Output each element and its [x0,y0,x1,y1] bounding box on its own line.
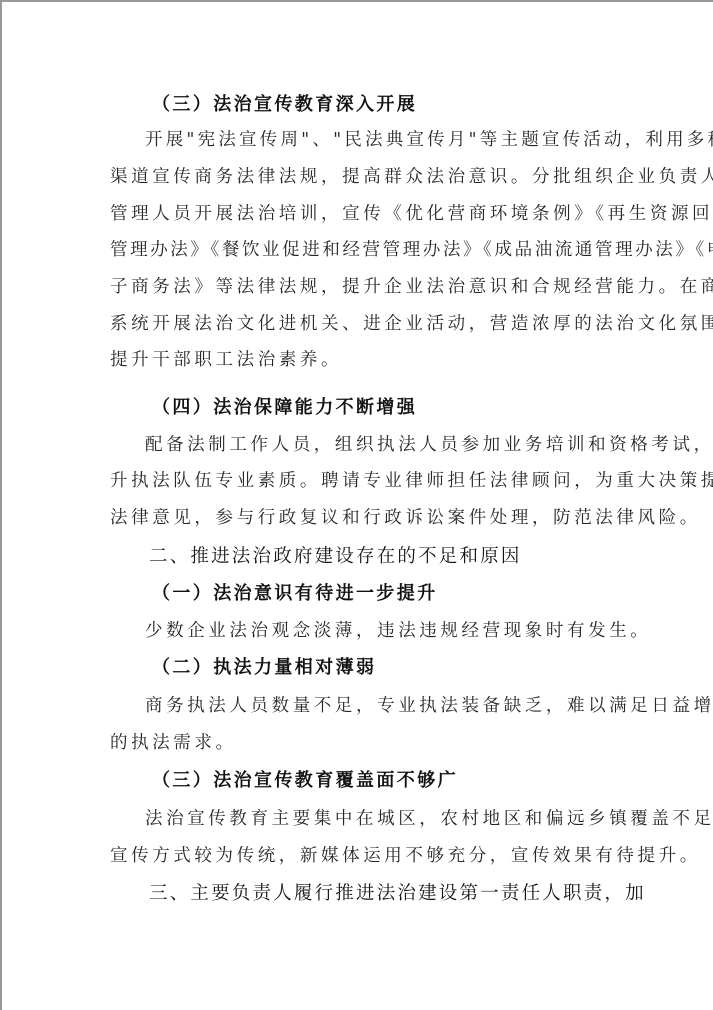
sub-heading-publicity-coverage: （三）法治宣传教育覆盖面不够广 [152,769,458,793]
sub-heading-legal-awareness: （一）法治意识有待进一步提升 [152,582,438,606]
paragraph-line: 管理办法》《餐饮业促进和经营管理办法》《成品油流通管理办法》《电 [110,238,713,262]
paragraph-line: 宣传方式较为传统，新媒体运用不够充分，宣传效果有待提升。 [110,844,701,868]
section-heading-shortcomings: 二、推进法治政府建设存在的不足和原因 [149,545,522,569]
paragraph-line: 升执法队伍专业素质。聘请专业律师担任法律顾问，为重大决策提供 [110,469,713,493]
paragraph-line: 法律意见，参与行政复议和行政诉讼案件处理，防范法律风险。 [110,506,701,530]
section-heading-responsibility: 三、主要负责人履行推进法治建设第一责任人职责，加 [149,882,646,906]
sub-heading-publicity-education: （三）法治宣传教育深入开展 [152,93,417,117]
paragraph-line: 商务执法人员数量不足，专业执法装备缺乏，难以满足日益增长 [145,694,713,718]
sub-heading-enforcement-capacity: （二）执法力量相对薄弱 [152,656,376,680]
paragraph-line: 少数企业法治观念淡薄，违法违规经营现象时有发生。 [145,619,651,643]
paragraph-line: 管理人员开展法治培训，宣传《优化营商环境条例》《再生资源回收 [110,202,713,226]
paragraph-line: 的执法需求。 [110,731,237,755]
paragraph-line: 子商务法》等法律法规，提升企业法治意识和合规经营能力。在商务 [110,275,713,299]
paragraph-line: 法治宣传教育主要集中在城区，农村地区和偏远乡镇覆盖不足。 [145,807,713,831]
document-page: （三）法治宣传教育深入开展 开展"宪法宣传周"、"民法典宣传月"等主题宣传活动，… [2,2,713,1010]
paragraph-line: 开展"宪法宣传周"、"民法典宣传月"等主题宣传活动，利用多种 [145,128,713,152]
paragraph-line: 配备法制工作人员，组织执法人员参加业务培训和资格考试，提 [145,433,713,457]
paragraph-line: 系统开展法治文化进机关、进企业活动，营造浓厚的法治文化氛围， [110,312,713,336]
sub-heading-legal-support: （四）法治保障能力不断增强 [152,396,417,420]
paragraph-line: 提升干部职工法治素养。 [110,348,342,372]
paragraph-line: 渠道宣传商务法律法规，提高群众法治意识。分批组织企业负责人和 [110,165,713,189]
